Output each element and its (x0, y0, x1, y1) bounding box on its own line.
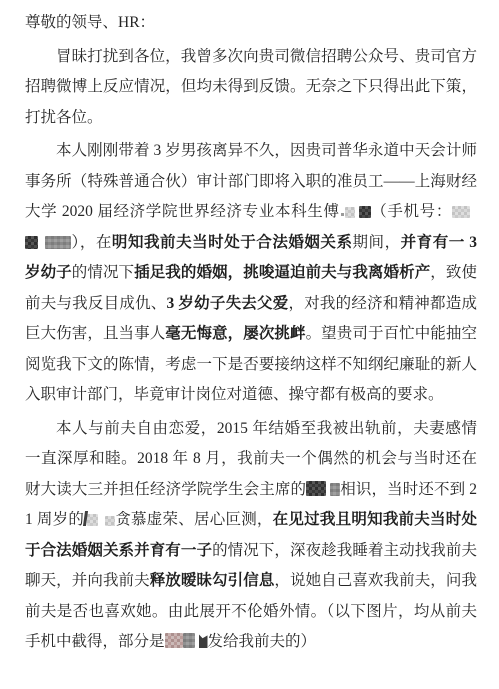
bold-segment: 毫无悔意，屡次挑衅 (165, 325, 305, 342)
text-segment: 的情况下 (72, 264, 134, 281)
paragraph-opening: 冒昧打扰到各位，我曾多次向贵司微信招聘公众号、贵司官方招聘微博上反应情况，但均未… (25, 42, 477, 134)
paragraph-complaint: 本人刚刚带着 3 岁男孩离异不久，因贵司普华永道中天会计师事务所（特殊普通合伙）… (25, 136, 477, 411)
text-segment: （手机号： (371, 203, 452, 220)
mosaic-block (165, 633, 183, 648)
mosaic-block (452, 206, 470, 218)
salutation: 尊敬的领导、HR： (25, 8, 477, 39)
text-segment: 冒昧打扰到各位，我曾多次向贵司微信招聘公众号、贵司官方招聘微博上反应情况，但均未… (25, 48, 477, 126)
redaction-mosaic-applicant-name (345, 203, 371, 220)
text-segment: 贪慕虚荣、居心叵测， (115, 511, 273, 528)
redaction-mosaic-mistress-name-3 (165, 633, 208, 650)
text-segment: 期间， (353, 234, 401, 251)
salutation-text: 尊敬的领导、HR： (25, 14, 155, 31)
bold-segment: 插足我的婚姻，挑唆逼迫前夫与我离婚析产 (134, 264, 430, 281)
mosaic-block (183, 633, 195, 648)
mosaic-block (345, 207, 355, 218)
mosaic-block (330, 483, 340, 496)
bold-segment: 3 岁幼子失去父爱 (167, 295, 289, 312)
bold-segment: 明知我前夫当时处于合法婚姻关系 (112, 234, 353, 251)
mosaic-block (45, 236, 71, 249)
mosaic-remnant-glyph (199, 634, 208, 648)
mosaic-block (359, 206, 371, 218)
redaction-mosaic-mistress-name-2 (84, 511, 115, 528)
mosaic-dot (341, 213, 344, 216)
text-segment: 发给我前夫的） (208, 633, 317, 650)
mosaic-block (105, 516, 115, 526)
paragraph-affair: 本人与前夫自由恋爱，2015 年结婚至我被出轨前，夫妻感情一直深厚和睦。2018… (25, 414, 477, 658)
document-page: 尊敬的领导、HR： 冒昧打扰到各位，我曾多次向贵司微信招聘公众号、贵司官方招聘微… (0, 0, 499, 689)
mosaic-block (87, 514, 98, 526)
redaction-mosaic-mistress-name-1 (306, 481, 340, 498)
text-segment: ），在 (71, 234, 112, 251)
bold-segment: 释放暧昧勾引信息 (150, 572, 275, 589)
mosaic-block (25, 236, 38, 249)
mosaic-block (306, 481, 326, 496)
